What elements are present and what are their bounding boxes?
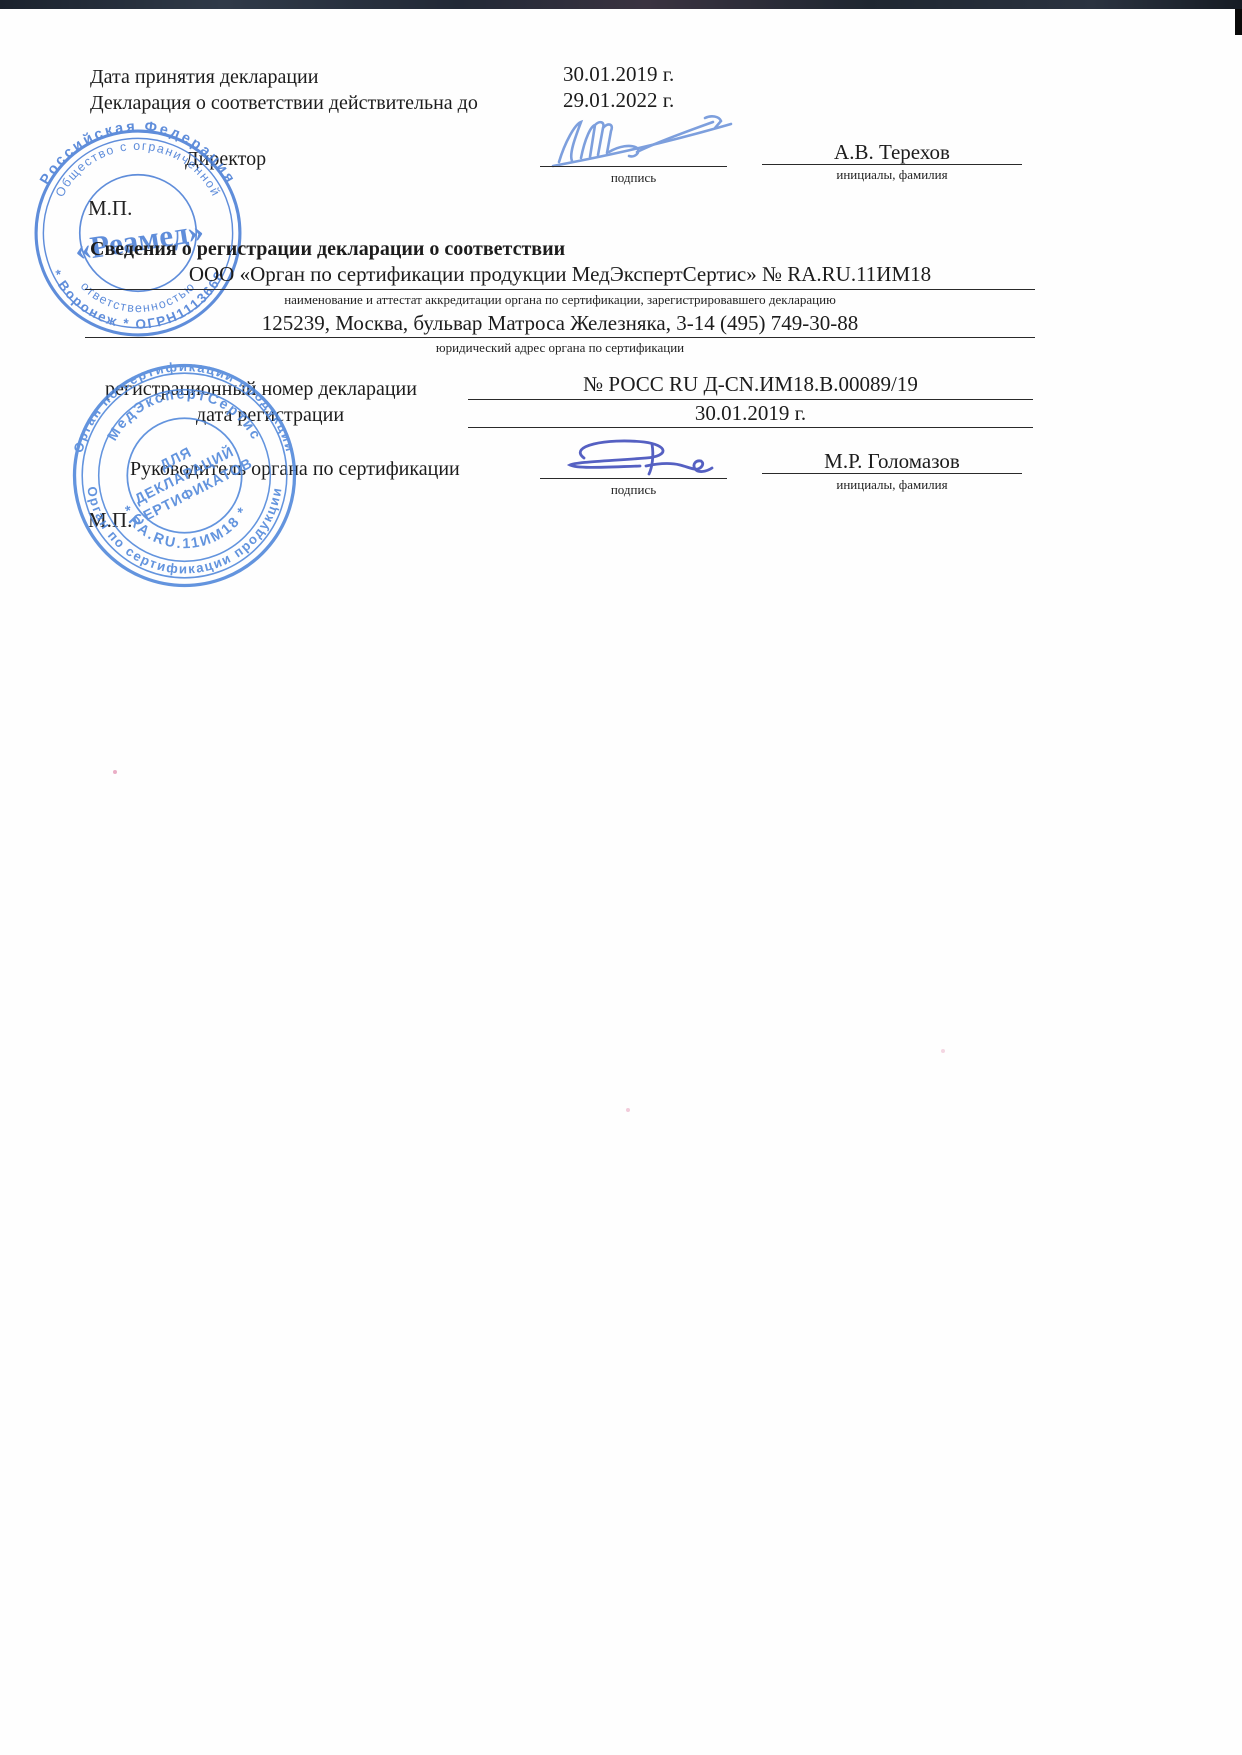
cert-head-title: Руководитель органа по сертификации <box>130 458 460 481</box>
valid-until-label: Декларация о соответствии действительна … <box>90 92 478 115</box>
certification-org-caption: наименование и аттестат аккредитации орг… <box>85 292 1035 308</box>
cert-head-signature-caption: подпись <box>540 482 727 498</box>
org-address-caption: юридический адрес органа по сертификации <box>85 340 1035 356</box>
stamp2-inner-bottom-text: * RA.RU.11ИМ18 * <box>117 503 252 552</box>
seal-mark-cert-head: М.П. <box>88 508 132 533</box>
director-signature-line <box>540 166 727 167</box>
director-name: А.В. Терехов <box>762 140 1022 165</box>
reg-date-value: 30.01.2019 г. <box>468 401 1033 426</box>
reg-number-value: № РОСС RU Д-CN.ИМ18.В.00089/19 <box>468 372 1033 397</box>
org-address-line: 125239, Москва, бульвар Матроса Железняк… <box>85 311 1035 336</box>
certification-org-line: ООО «Орган по сертификации продукции Мед… <box>85 262 1035 287</box>
cert-head-signature <box>548 436 738 482</box>
reg-number-label: регистрационный номер декларации <box>105 378 417 401</box>
valid-until-value: 29.01.2022 г. <box>563 88 674 113</box>
director-name-line <box>762 164 1022 165</box>
certification-org-underline <box>85 289 1035 290</box>
director-title: Директор <box>185 148 266 171</box>
scanned-declaration-page: Дата принятия декларации 30.01.2019 г. Д… <box>0 0 1242 1755</box>
director-signature <box>545 112 750 170</box>
director-name-caption: инициалы, фамилия <box>762 167 1022 183</box>
seal-mark-director: М.П. <box>88 196 132 221</box>
scan-speck <box>626 1108 630 1112</box>
org-address-underline <box>85 337 1035 338</box>
cert-head-signature-line <box>540 478 727 479</box>
cert-head-name: М.Р. Голомазов <box>762 449 1022 474</box>
scan-speck <box>113 770 117 774</box>
svg-text:* RA.RU.11ИМ18 *: * RA.RU.11ИМ18 * <box>117 503 252 552</box>
adoption-date-value: 30.01.2019 г. <box>563 62 674 87</box>
director-signature-caption: подпись <box>540 170 727 186</box>
reg-date-label: дата регистрации <box>196 404 344 427</box>
scan-speck <box>941 1049 945 1053</box>
reg-date-underline <box>468 427 1033 428</box>
adoption-date-label: Дата принятия декларации <box>90 66 318 89</box>
scan-edge-tick <box>1235 9 1242 35</box>
cert-head-name-line <box>762 473 1022 474</box>
registration-heading: Сведения о регистрации декларации о соот… <box>90 238 565 261</box>
reg-number-underline <box>468 399 1033 400</box>
scan-edge-strip <box>0 0 1242 9</box>
cert-head-name-caption: инициалы, фамилия <box>762 477 1022 493</box>
